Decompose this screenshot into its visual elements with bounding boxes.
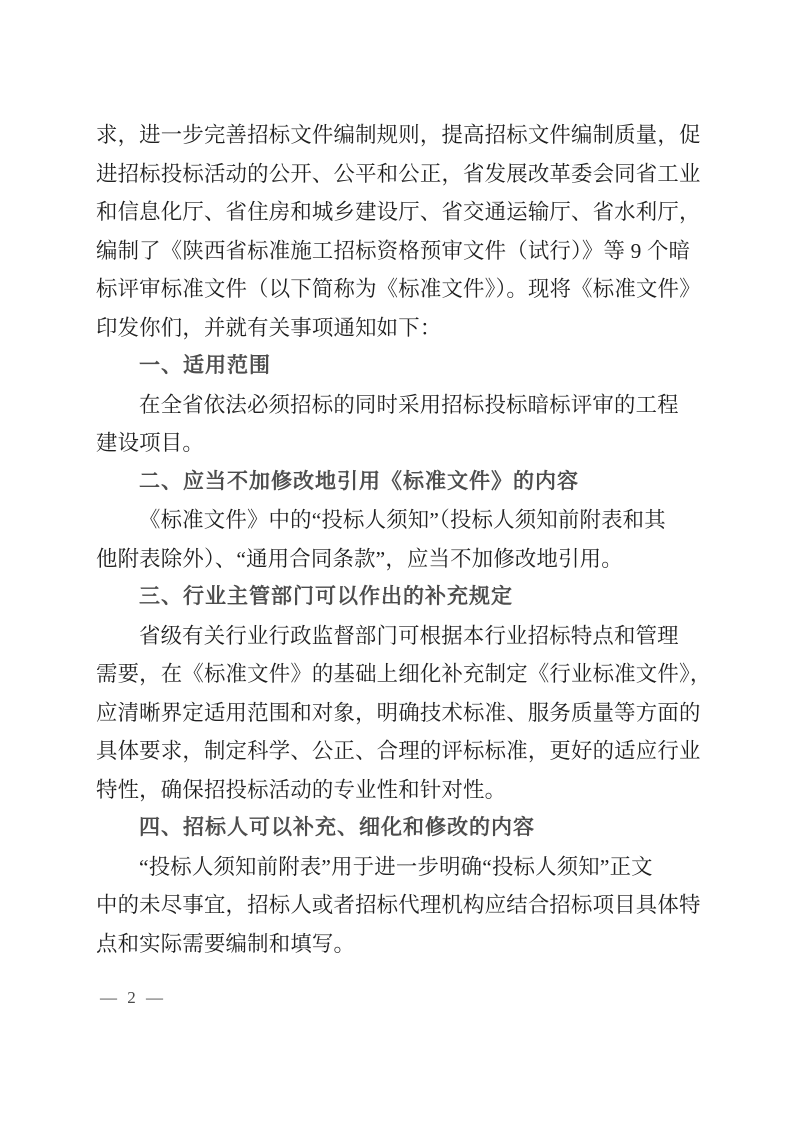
text-line: 求，进一步完善招标文件编制规则，提高招标文件编制质量，促 <box>96 116 706 155</box>
section-heading-2: 二、应当不加修改地引用《标准文件》的内容 <box>96 463 706 502</box>
document-page: 求，进一步完善招标文件编制规则，提高招标文件编制质量，促 进招标投标活动的公开、… <box>0 0 794 1123</box>
text-line: 建设项目。 <box>96 424 706 463</box>
document-body: 求，进一步完善招标文件编制规则，提高招标文件编制质量，促 进招标投标活动的公开、… <box>96 116 706 963</box>
text-line: 印发你们，并就有关事项通知如下： <box>96 309 706 348</box>
text-line: 在全省依法必须招标的同时采用招标投标暗标评审的工程 <box>96 386 706 425</box>
text-line: 和信息化厅、省住房和城乡建设厅、省交通运输厅、省水利厅， <box>96 193 706 232</box>
text-line: 中的未尽事宜，招标人或者招标代理机构应结合招标项目具体特 <box>96 886 706 925</box>
section-heading-3: 三、行业主管部门可以作出的补充规定 <box>96 578 706 617</box>
text-line: 点和实际需要编制和填写。 <box>96 925 706 964</box>
page-number: — 2 — <box>100 986 166 1010</box>
text-line: 进招标投标活动的公开、公平和公正，省发展改革委会同省工业 <box>96 155 706 194</box>
text-line: 标评审标准文件（以下简称为《标准文件》）。现将《标准文件》 <box>96 270 706 309</box>
text-line: 编制了《陕西省标准施工招标资格预审文件（试行）》等 9 个暗 <box>96 232 706 271</box>
text-line: 应清晰界定适用范围和对象，明确技术标准、服务质量等方面的 <box>96 694 706 733</box>
text-line: 具体要求，制定科学、公正、合理的评标标准，更好的适应行业 <box>96 732 706 771</box>
text-line: 《标准文件》中的“投标人须知”（投标人须知前附表和其 <box>96 501 706 540</box>
text-line: 他附表除外）、“通用合同条款”，应当不加修改地引用。 <box>96 540 706 579</box>
section-heading-4: 四、招标人可以补充、细化和修改的内容 <box>96 809 706 848</box>
text-line: 省级有关行业行政监督部门可根据本行业招标特点和管理 <box>96 617 706 656</box>
text-line: “投标人须知前附表”用于进一步明确“投标人须知”正文 <box>96 848 706 887</box>
section-heading-1: 一、适用范围 <box>96 347 706 386</box>
text-line: 需要，在《标准文件》的基础上细化补充制定《行业标准文件》， <box>96 655 706 694</box>
text-line: 特性，确保招投标活动的专业性和针对性。 <box>96 771 706 810</box>
